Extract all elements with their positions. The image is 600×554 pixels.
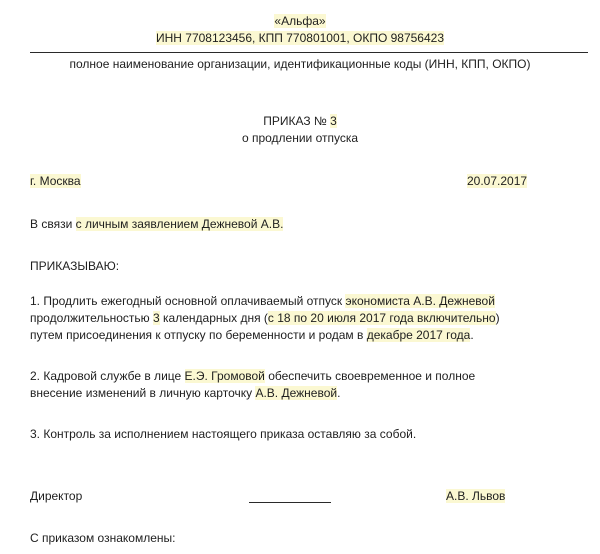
highlighted-text: с 18 по 20 июля 2017 года включительно (268, 311, 496, 325)
signer-name: А.В. Львов (446, 489, 505, 503)
org-name: «Альфа» (274, 14, 325, 28)
signer-position: Директор (30, 489, 82, 503)
text-segment: 3. Контроль за исполнением настоящего пр… (30, 427, 416, 441)
city-text: г. Москва (30, 174, 81, 188)
order-number: 3 (330, 114, 337, 128)
order-title: ПРИКАЗ № 3 (0, 114, 600, 128)
basis-prefix: В связи (30, 217, 76, 231)
signer-name-text: А.В. Львов (446, 489, 505, 503)
city: г. Москва (30, 174, 81, 188)
highlighted-text: Е.Э. Громовой (185, 369, 265, 383)
orders-heading: ПРИКАЗЫВАЮ: (30, 259, 119, 273)
highlighted-text: А.В. Дежневой (255, 386, 337, 400)
org-codes-line: ИНН 7708123456, КПП 770801001, ОКПО 9875… (0, 31, 600, 45)
text-segment: 2. Кадровой службе в лице (30, 369, 185, 383)
order-item-3: 3. Контроль за исполнением настоящего пр… (30, 426, 590, 443)
signature-line (249, 502, 331, 503)
highlighted-text: экономиста А.В. Дежневой (345, 294, 494, 308)
basis-highlight: с личным заявлением Дежневой А.В. (76, 217, 284, 231)
order-date-text: 20.07.2017 (467, 174, 527, 188)
org-codes: ИНН 7708123456, КПП 770801001, ОКПО 9875… (156, 31, 444, 45)
acknowledgement: С приказом ознакомлены: (30, 531, 175, 545)
highlighted-text: 3 (153, 311, 160, 325)
text-segment: . (470, 328, 473, 342)
order-item-1: 1. Продлить ежегодный основной оплачивае… (30, 293, 530, 344)
highlighted-text: декабре 2017 года (367, 328, 471, 342)
org-caption: полное наименование организации, идентиф… (0, 57, 600, 71)
org-underline (30, 52, 588, 53)
order-date: 20.07.2017 (467, 174, 527, 188)
order-title-prefix: ПРИКАЗ № (263, 114, 330, 128)
order-item-2: 2. Кадровой службе в лице Е.Э. Громовой … (30, 368, 520, 402)
text-segment: продолжительностью (30, 311, 153, 325)
text-segment: 1. Продлить ежегодный основной оплачивае… (30, 294, 345, 308)
text-segment: календарных дня ( (160, 311, 268, 325)
text-segment: . (337, 386, 340, 400)
org-name-line: «Альфа» (0, 14, 600, 28)
order-basis: В связи с личным заявлением Дежневой А.В… (30, 217, 283, 231)
order-subject: о продлении отпуска (0, 131, 600, 145)
